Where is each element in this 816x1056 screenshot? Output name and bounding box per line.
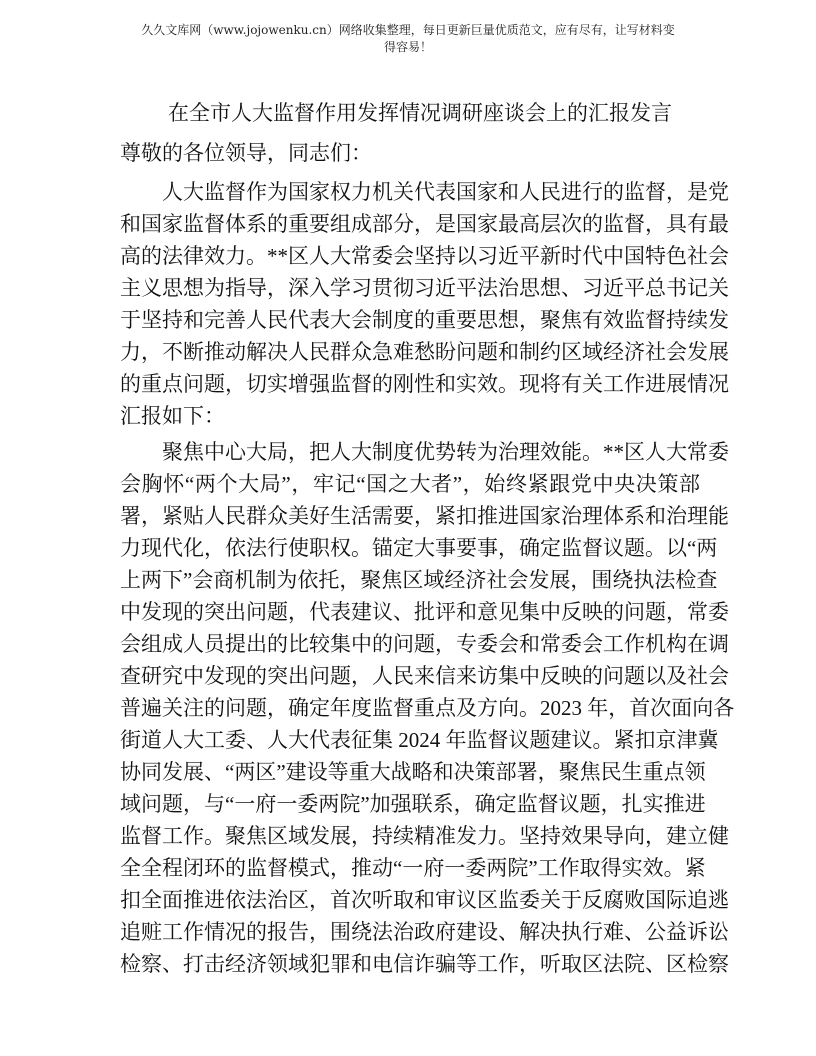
document-page: 久久文库网（www.jojowenku.cn）网络收集整理，每日更新巨量优质范文… (0, 0, 816, 1056)
paragraph-line: 协同发展、“两区”建设等重大战略和决策部署，聚焦民生重点领 (120, 756, 700, 788)
paragraph-line: 聚焦中心大局，把人大制度优势转为治理效能。**区人大常委 (120, 436, 700, 468)
paragraph-line: 会组成人员提出的比较集中的问题，专委会和常委会工作机构在调 (120, 628, 700, 660)
paragraph-intro: 人大监督作为国家权力机关代表国家和人民进行的监督，是党 和国家监督体系的重要组成… (120, 176, 700, 432)
paragraph-line: 的重点问题，切实增强监督的刚性和实效。现将有关工作进展情况 (120, 368, 700, 400)
paragraph-line: 会胸怀“两个大局”，牢记“国之大者”，始终紧跟党中央决策部 (120, 468, 700, 500)
paragraph-line: 人大监督作为国家权力机关代表国家和人民进行的监督，是党 (120, 176, 700, 208)
document-title: 在全市人大监督作用发挥情况调研座谈会上的汇报发言 (168, 98, 728, 128)
paragraph-line: 扣全面推进依法治区，首次听取和审议区监委关于反腐败国际追逃 (120, 884, 700, 916)
paragraph-line: 普遍关注的问题，确定年度监督重点及方向。2023 年，首次面向各 (120, 692, 700, 724)
paragraph-line: 力现代化，依法行使职权。锚定大事要事，确定监督议题。以“两 (120, 532, 700, 564)
source-header-note: 久久文库网（www.jojowenku.cn）网络收集整理，每日更新巨量优质范文… (90, 22, 726, 56)
paragraph-line: 全全程闭环的监督模式，推动“一府一委两院”工作取得实效。紧 (120, 852, 700, 884)
paragraph-line: 域问题，与“一府一委两院”加强联系，确定监督议题，扎实推进 (120, 788, 700, 820)
paragraph-line: 中发现的突出问题，代表建议、批评和意见集中反映的问题，常委 (120, 596, 700, 628)
paragraph-line: 于坚持和完善人民代表大会制度的重要思想，聚焦有效监督持续发 (120, 304, 700, 336)
paragraph-line: 汇报如下： (120, 400, 700, 432)
paragraph-line: 追赃工作情况的报告，围绕法治政府建设、解决执行难、公益诉讼 (120, 916, 700, 948)
paragraph-line: 查研究中发现的突出问题，人民来信来访集中反映的问题以及社会 (120, 660, 700, 692)
paragraph-line: 力，不断推动解决人民群众急难愁盼问题和制约区域经济社会发展 (120, 336, 700, 368)
paragraph-line: 和国家监督体系的重要组成部分，是国家最高层次的监督，具有最 (120, 208, 700, 240)
paragraph-line: 主义思想为指导，深入学习贯彻习近平法治思想、习近平总书记关 (120, 272, 700, 304)
paragraph-line: 监督工作。聚焦区域发展，持续精准发力。坚持效果导向，建立健 (120, 820, 700, 852)
paragraph-line: 街道人大工委、人大代表征集 2024 年监督议题建议。紧扣京津冀 (120, 724, 700, 756)
header-note-line-1: 久久文库网（www.jojowenku.cn）网络收集整理，每日更新巨量优质范文… (90, 22, 726, 39)
paragraph-focus-center: 聚焦中心大局，把人大制度优势转为治理效能。**区人大常委 会胸怀“两个大局”，牢… (120, 436, 700, 980)
paragraph-line: 高的法律效力。**区人大常委会坚持以习近平新时代中国特色社会 (120, 240, 700, 272)
header-note-line-2: 得容易！ (90, 39, 726, 56)
paragraph-line: 上两下”会商机制为依托，聚焦区域经济社会发展，围绕执法检查 (120, 564, 700, 596)
salutation: 尊敬的各位领导，同志们： (120, 138, 372, 168)
paragraph-line: 署，紧贴人民群众美好生活需要，紧扣推进国家治理体系和治理能 (120, 500, 700, 532)
paragraph-line: 检察、打击经济领域犯罪和电信诈骗等工作，听取区法院、区检察 (120, 948, 700, 980)
